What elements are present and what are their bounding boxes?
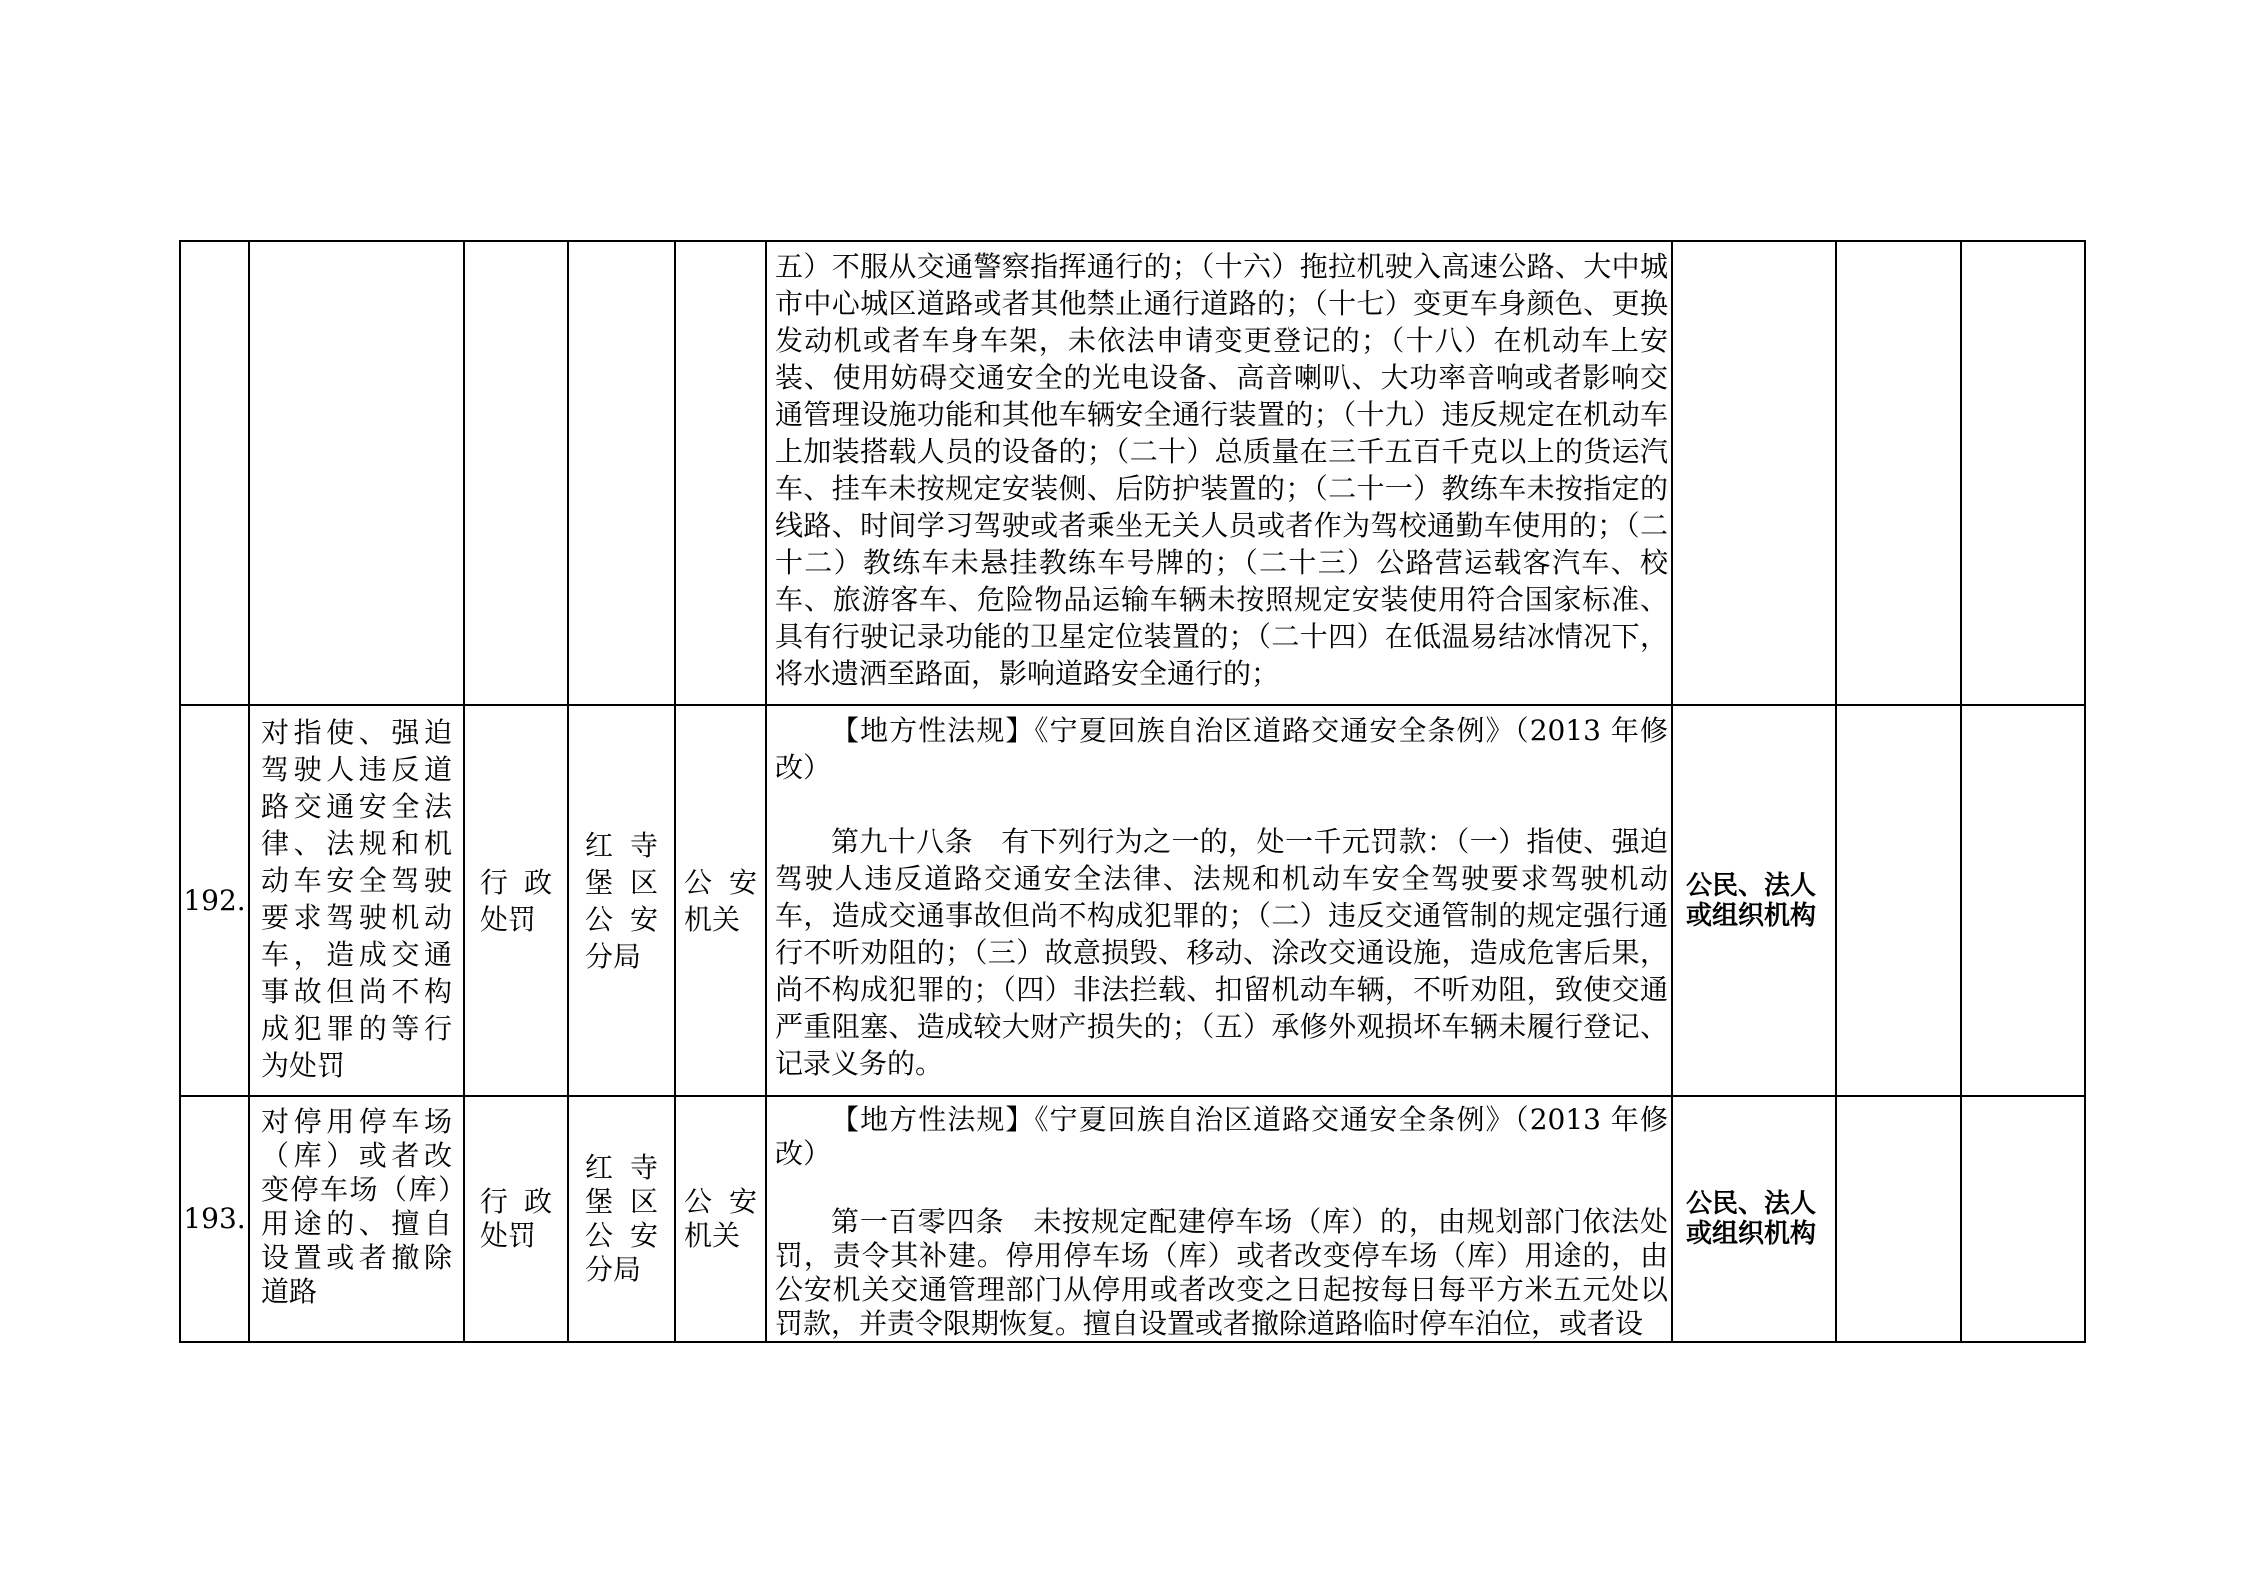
cell-legal-basis: 【地方性法规】《宁夏回族自治区道路交通安全条例》（2013 年修改） 第一百零四…	[766, 1096, 1672, 1342]
cell-item-name: 对指使、强迫驾驶人违反道路交通安全法律、法规和机动车安全驾驶要求驾驶机动车，造成…	[249, 705, 464, 1096]
legal-basis-title: 【地方性法规】《宁夏回族自治区道路交通安全条例》（2013 年修改）	[775, 1103, 1668, 1171]
cell-agency-nature	[675, 241, 766, 705]
cell-service-object: 公民、法人或组织机构	[1672, 705, 1836, 1096]
document-page: 五）不服从交通警察指挥通行的；（十六）拖拉机驶入高速公路、大中城市中心城区道路或…	[0, 0, 2245, 1587]
cell-serial: 192.	[180, 705, 249, 1096]
cell-legal-basis: 【地方性法规】《宁夏回族自治区道路交通安全条例》（2013 年修改） 第九十八条…	[766, 705, 1672, 1096]
table-row-193: 193. 对停用停车场（库）或者改变停车场（库）用途的、擅自设置或者撤除道路 行…	[180, 1096, 2085, 1342]
table-row-192: 192. 对指使、强迫驾驶人违反道路交通安全法律、法规和机动车安全驾驶要求驾驶机…	[180, 705, 2085, 1096]
cell-implementing-agency	[568, 241, 675, 705]
cell-service-object	[1672, 241, 1836, 705]
legal-basis-title: 【地方性法规】《宁夏回族自治区道路交通安全条例》（2013 年修改）	[775, 712, 1668, 786]
table-row-continuation: 五）不服从交通警察指挥通行的；（十六）拖拉机驶入高速公路、大中城市中心城区道路或…	[180, 241, 2085, 705]
cell-power-type: 行政处罚	[464, 705, 568, 1096]
cell-power-type: 行政处罚	[464, 1096, 568, 1342]
cell-empty-2	[1961, 705, 2085, 1096]
cell-item-name: 对停用停车场（库）或者改变停车场（库）用途的、擅自设置或者撤除道路	[249, 1096, 464, 1342]
cell-empty-1	[1836, 241, 1961, 705]
cell-empty-2	[1961, 241, 2085, 705]
cell-serial: 193.	[180, 1096, 249, 1342]
legal-basis-article: 第九十八条 有下列行为之一的，处一千元罚款：（一）指使、强迫驾驶人违反道路交通安…	[775, 823, 1668, 1082]
cell-implementing-agency: 红寺堡区公安分局	[568, 1096, 675, 1342]
cell-service-object: 公民、法人或组织机构	[1672, 1096, 1836, 1342]
legal-basis-paragraph: 五）不服从交通警察指挥通行的；（十六）拖拉机驶入高速公路、大中城市中心城区道路或…	[775, 248, 1668, 692]
cell-serial	[180, 241, 249, 705]
cell-legal-basis: 五）不服从交通警察指挥通行的；（十六）拖拉机驶入高速公路、大中城市中心城区道路或…	[766, 241, 1672, 705]
cell-item-name	[249, 241, 464, 705]
admin-power-table: 五）不服从交通警察指挥通行的；（十六）拖拉机驶入高速公路、大中城市中心城区道路或…	[179, 240, 2086, 1343]
cell-empty-1	[1836, 1096, 1961, 1342]
legal-basis-article: 第一百零四条 未按规定配建停车场（库）的，由规划部门依法处罚，责令其补建。停用停…	[775, 1205, 1668, 1341]
cell-empty-1	[1836, 705, 1961, 1096]
cell-power-type	[464, 241, 568, 705]
cell-agency-nature: 公安机关	[675, 705, 766, 1096]
cell-agency-nature: 公安机关	[675, 1096, 766, 1342]
cell-empty-2	[1961, 1096, 2085, 1342]
cell-implementing-agency: 红寺堡区公安分局	[568, 705, 675, 1096]
